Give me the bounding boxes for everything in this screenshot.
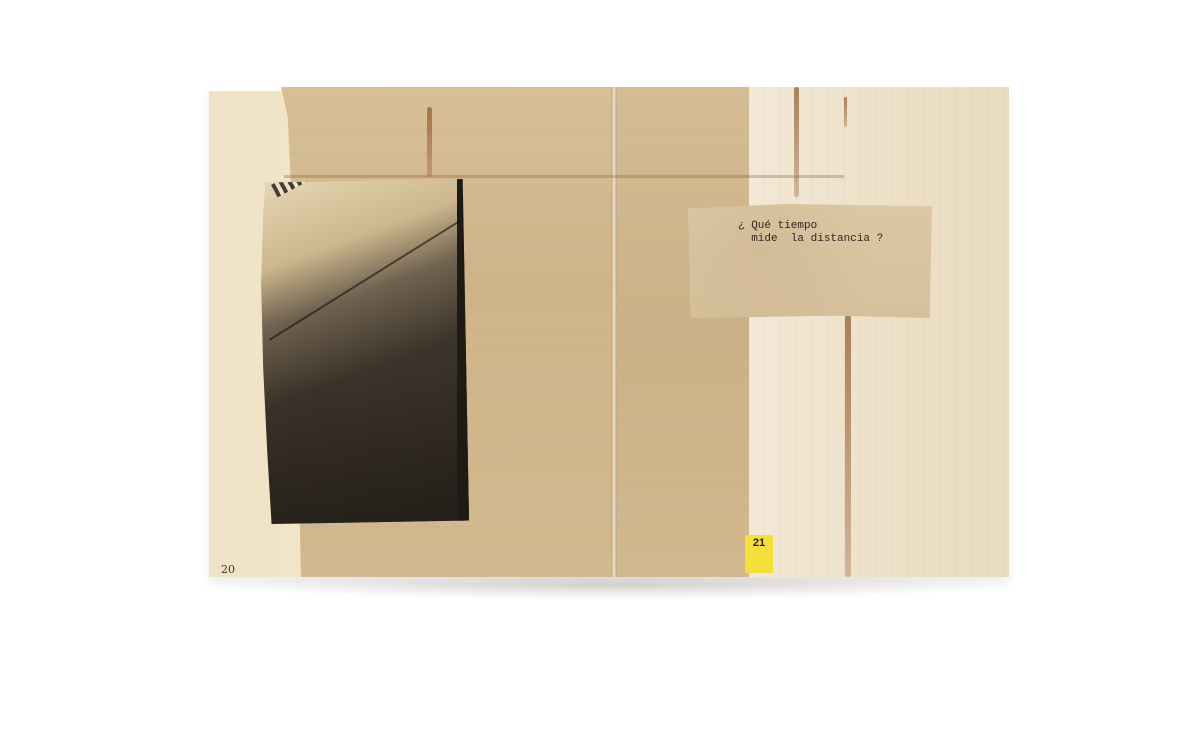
page-number-right: 21 — [745, 537, 773, 549]
stain-line — [284, 175, 844, 178]
page-number-right-label: 21 — [745, 535, 773, 573]
stain-mark — [845, 315, 851, 577]
stain-mark — [844, 97, 847, 127]
page-number-left: 20 — [221, 563, 235, 576]
lined-paper-right — [614, 87, 749, 577]
note-line-2: mide la distancia ? — [738, 233, 883, 245]
stain-mark — [794, 87, 799, 197]
note-line-1: ¿ Qué tiempo — [738, 220, 817, 232]
center-fold — [611, 87, 617, 577]
photo-diagonal-line — [269, 217, 465, 341]
open-book: ¿ Qué tiempo mide la distancia ? 20 21 — [209, 87, 1009, 577]
pale-lined-strip — [749, 87, 1009, 577]
stain-mark — [427, 107, 432, 177]
note-text: ¿ Qué tiempo mide la distancia ? — [738, 220, 883, 246]
sepia-photograph — [259, 179, 469, 524]
typewritten-note: ¿ Qué tiempo mide la distancia ? — [688, 204, 932, 318]
